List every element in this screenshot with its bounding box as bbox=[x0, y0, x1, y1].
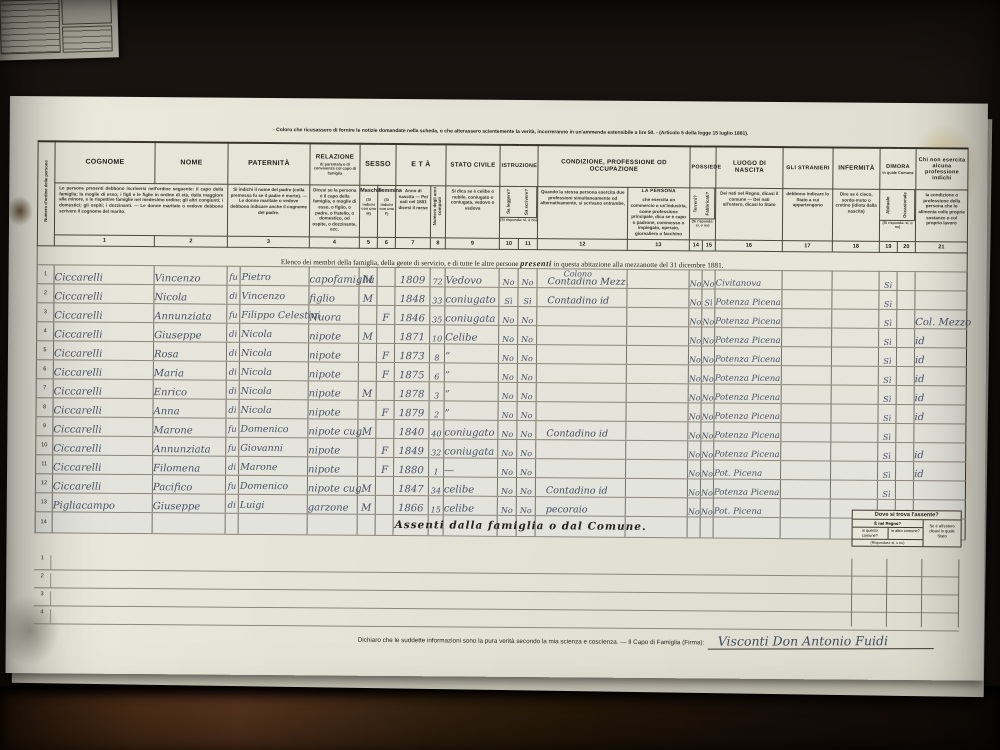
cell-inf bbox=[831, 442, 878, 461]
cell-inf bbox=[831, 347, 878, 366]
cell-occas bbox=[897, 271, 915, 290]
cell-f: F bbox=[376, 400, 394, 419]
cell-legge: No bbox=[498, 344, 517, 363]
cell-terr: No bbox=[688, 459, 701, 478]
cell-nome: Marone bbox=[153, 417, 226, 437]
cell-occ: Contadino id bbox=[536, 420, 626, 440]
col-nome: NOME bbox=[155, 142, 228, 184]
photo-of-census-sheet: · Coloro che ricusassero di fornire le n… bbox=[0, 0, 1000, 750]
cell-abit: Sì bbox=[877, 480, 895, 499]
cell-legge: No bbox=[498, 401, 517, 420]
cell-legge: No bbox=[499, 268, 518, 287]
cell-pat: fuDomenico bbox=[225, 475, 307, 495]
cell-fabb: No bbox=[701, 384, 714, 403]
cell-stran bbox=[782, 289, 832, 308]
cell-legge: No bbox=[499, 325, 518, 344]
desc-possiede: Terreni?Fabbricati?(Si risponda: sì, o n… bbox=[689, 188, 715, 240]
cell-scrive: No bbox=[517, 382, 536, 401]
census-sheet: · Coloro che ricusassero di fornire le n… bbox=[5, 96, 988, 681]
cell-anno: 1849 bbox=[394, 438, 429, 457]
cell-cognome: Ciccarelli bbox=[54, 321, 154, 341]
census-table-body: Elenco dei membri della famiglia, della … bbox=[35, 245, 967, 539]
cell-nome: Annunziata bbox=[154, 303, 227, 323]
cell-stato: Celibe bbox=[445, 325, 499, 344]
cell-pat: fuFilippo Celestini bbox=[227, 304, 309, 324]
col-luogo-nascita: LUOGO DI NASCITA bbox=[716, 147, 783, 189]
cell-persona bbox=[627, 288, 689, 307]
cell-nome: Giuseppe bbox=[154, 322, 227, 342]
declaration-text: Dichiaro che le suddette informazioni so… bbox=[358, 637, 705, 647]
cell-rel: nipote bbox=[308, 399, 358, 418]
cell-rel: nipote cug. bbox=[308, 418, 358, 437]
cell-stran bbox=[782, 327, 832, 346]
cell-cognome: Ciccarelli bbox=[52, 473, 152, 493]
corner-document-fragment bbox=[0, 0, 119, 61]
cell-cognome: Ciccarelli bbox=[53, 435, 153, 455]
absent-box-extension-line bbox=[958, 559, 960, 627]
cell-rel: capofamiglia bbox=[309, 266, 359, 285]
cell-pat: diNicola bbox=[227, 323, 309, 343]
cell-luogo: Potenza Picena bbox=[713, 479, 780, 499]
cell-cognome: Pigliacampo bbox=[52, 492, 152, 512]
numero-label: Numero d'ordine delle persone bbox=[44, 160, 49, 222]
col-eta: E T À bbox=[396, 144, 446, 186]
cell-num: 5 bbox=[36, 340, 53, 359]
cell-cognome: Ciccarelli bbox=[53, 378, 153, 398]
cell-luogo: Potenza Picena bbox=[714, 365, 781, 385]
cell-stran bbox=[781, 441, 831, 460]
cell-anni: 8 bbox=[429, 343, 444, 362]
desc-relazione: Dicesi se la persona è il capo della fam… bbox=[309, 185, 359, 237]
cell-occ: Contadino id bbox=[535, 477, 625, 497]
cell-fabb: No bbox=[701, 346, 714, 365]
cell-num: 3 bbox=[37, 302, 54, 321]
cell-stran bbox=[782, 308, 832, 327]
cell-anno: 1847 bbox=[393, 476, 428, 495]
cell-num: 11 bbox=[36, 454, 53, 473]
cell-stato: — bbox=[444, 458, 498, 477]
col-numero: Numero d'ordine delle persone bbox=[37, 141, 55, 245]
cell-fabb: No bbox=[701, 441, 714, 460]
cell-terr: No bbox=[688, 383, 701, 402]
cell-cognome: Ciccarelli bbox=[53, 359, 153, 379]
caption-presenti: presenti bbox=[520, 259, 552, 268]
cell-chi bbox=[914, 423, 966, 442]
cell-occ: ColonoContadino Mezz. bbox=[537, 268, 627, 288]
col-istruzione: ISTRUZIONE bbox=[500, 145, 538, 187]
cell-f: F bbox=[376, 438, 394, 457]
cell-rel: nipote bbox=[308, 380, 358, 399]
cell-rel: Nuora bbox=[309, 304, 359, 323]
cell-f: F bbox=[377, 305, 395, 324]
cell-persona bbox=[627, 307, 689, 326]
cell-stato: coniugata bbox=[445, 306, 499, 325]
cell-persona bbox=[626, 345, 688, 364]
cell-chi: id bbox=[914, 461, 966, 480]
cell-f bbox=[376, 419, 394, 438]
cell-anno: 1871 bbox=[395, 324, 430, 343]
cell-occas bbox=[896, 461, 914, 480]
cell-stato: ” bbox=[444, 401, 498, 420]
fragment-box bbox=[0, 0, 61, 55]
cell-chi: id bbox=[914, 385, 966, 404]
cell-anno: 1866 bbox=[393, 495, 428, 514]
cell-occas bbox=[897, 290, 915, 309]
cell-inf bbox=[832, 290, 879, 309]
col-condizione: CONDIZIONE, PROFESSIONE OD OCCUPAZIONE bbox=[538, 145, 690, 188]
cell-m: M bbox=[358, 419, 376, 438]
cell-stran bbox=[781, 460, 831, 479]
cell-legge: No bbox=[498, 382, 517, 401]
cell-occas bbox=[896, 404, 914, 423]
col-cognome: COGNOME bbox=[55, 141, 155, 183]
col-stranieri: GLI STRANIERI bbox=[783, 147, 833, 189]
cell-m bbox=[358, 438, 376, 457]
cell-num: 4 bbox=[37, 321, 54, 340]
cell-scrive: No bbox=[518, 325, 537, 344]
cell-chi bbox=[915, 271, 967, 290]
absent-altro-comune: in altro comune? bbox=[887, 528, 923, 540]
cell-anno: 1840 bbox=[394, 419, 429, 438]
cell-m bbox=[358, 362, 376, 381]
cell-persona bbox=[627, 326, 689, 345]
cell-pat: fuDomenico bbox=[226, 418, 308, 438]
cell-anno: 1880 bbox=[394, 457, 429, 476]
cell-occas bbox=[897, 328, 915, 347]
cell-scrive: Sì bbox=[518, 287, 537, 306]
cell-anni: 35 bbox=[430, 305, 445, 324]
cell-pat: diLuigi bbox=[225, 494, 307, 514]
cell-anni: 15 bbox=[428, 495, 443, 514]
cell-terr: No bbox=[688, 402, 701, 421]
cell-cognome: Ciccarelli bbox=[54, 283, 154, 303]
cell-f: F bbox=[376, 343, 394, 362]
cell-abit: Sì bbox=[878, 442, 896, 461]
cell-occas bbox=[895, 480, 913, 499]
cell-anni: 1 bbox=[429, 457, 444, 476]
cell-rel: nipote bbox=[308, 361, 358, 380]
cell-stato: ” bbox=[444, 344, 498, 363]
desc-dimora: AbitualeOccasionale(Si risponda: sì, o n… bbox=[879, 189, 915, 241]
cell-chi: Col. Mezzo bbox=[915, 309, 967, 328]
cell-persona bbox=[626, 364, 688, 383]
desc-maschio: Maschio(Si indichi con una M) bbox=[359, 185, 377, 237]
cell-scrive: No bbox=[517, 420, 536, 439]
desc-infermita: Dire se è cieco, sordo-muto o cretino (i… bbox=[832, 189, 879, 241]
cell-pat: diVincenzo bbox=[227, 285, 309, 305]
cell-occ bbox=[537, 306, 627, 326]
cell-nome: Nicola bbox=[154, 284, 227, 304]
cell-luogo: Potenza Picena bbox=[714, 384, 781, 404]
head-of-family-signature: Visconti Don Antonio Fuidi bbox=[707, 633, 933, 650]
cell-persona bbox=[626, 440, 688, 459]
cell-luogo: Potenza Picena bbox=[715, 308, 782, 328]
cell-terr: No bbox=[689, 326, 702, 345]
cell-nome: Vincenzo bbox=[154, 265, 227, 285]
cell-abit: Sì bbox=[878, 347, 896, 366]
cell-rel: garzone bbox=[307, 494, 357, 513]
cell-abit: Sì bbox=[878, 461, 896, 480]
fragment-box bbox=[62, 25, 113, 52]
cell-abit: Sì bbox=[878, 366, 896, 385]
absent-questo-comune: in questo comune? bbox=[853, 528, 888, 540]
cell-anno: 1846 bbox=[395, 305, 430, 324]
cell-luogo: Pot. Picena bbox=[713, 498, 780, 518]
cell-terr: No bbox=[687, 478, 700, 497]
cell-anni: 72 bbox=[430, 267, 445, 286]
cell-legge: No bbox=[497, 477, 516, 496]
cell-pat: diNicola bbox=[226, 361, 308, 381]
cell-anni: 3 bbox=[429, 381, 444, 400]
caption-post: in questa abitazione alla mezzanotte del… bbox=[552, 260, 724, 269]
cell-persona bbox=[626, 459, 688, 478]
cell-rel: nipote cug. bbox=[307, 475, 357, 494]
desc-istruzione: Sa leggere?Sa scrivere?(Si risponda: sì,… bbox=[499, 186, 537, 238]
cell-luogo: Potenza Picena bbox=[714, 403, 781, 423]
cell-chi: id bbox=[914, 366, 966, 385]
cell-fabb: No bbox=[701, 422, 714, 441]
cell-pat: fuGiovanni bbox=[226, 437, 308, 457]
cell-stran bbox=[780, 498, 830, 517]
col-chi-non-esercita: Chi non esercita alcuna professione indi… bbox=[916, 148, 968, 190]
cell-anno: 1875 bbox=[394, 362, 429, 381]
cell-luogo: Potenza Picena bbox=[715, 327, 782, 347]
cell-occ bbox=[536, 458, 626, 478]
cell-pat: fuPietro bbox=[227, 266, 309, 286]
cell-num: 7 bbox=[36, 378, 53, 397]
cell-m: M bbox=[358, 381, 376, 400]
cell-cognome: Ciccarelli bbox=[53, 454, 153, 474]
cell-nome: Filomena bbox=[153, 455, 226, 475]
absent-estero: Se è all'estero dicasi in quale Stato bbox=[923, 520, 960, 547]
wooden-table-surface bbox=[0, 686, 1000, 750]
cell-persona bbox=[626, 402, 688, 421]
cell-terr: No bbox=[689, 288, 702, 307]
cell-scrive: No bbox=[516, 477, 535, 496]
cell-luogo: Potenza Picena bbox=[714, 422, 781, 442]
cell-stran bbox=[781, 346, 831, 365]
cell-anno: 1809 bbox=[395, 267, 430, 286]
assenti-blank-rows: 1 2 3 4 bbox=[34, 552, 960, 631]
fragment-box bbox=[61, 0, 112, 25]
cell-inf bbox=[831, 366, 878, 385]
cell-occas bbox=[896, 366, 914, 385]
cell-f bbox=[376, 381, 394, 400]
absent-location-box: Dove si trova l'assente? È nel Regno? in… bbox=[851, 510, 961, 548]
cell-terr: No bbox=[689, 307, 702, 326]
cell-chi: id bbox=[914, 404, 966, 423]
cell-anni: 40 bbox=[429, 419, 444, 438]
cell-scrive: No bbox=[516, 496, 535, 515]
col-dimora: DIMORAin quale Comune bbox=[880, 148, 916, 190]
cell-terr: No bbox=[688, 364, 701, 383]
cell-scrive: No bbox=[517, 458, 536, 477]
cell-stato: coniugato bbox=[444, 420, 498, 439]
desc-chi-non-esercita: la condizione o professione della person… bbox=[915, 190, 967, 242]
cell-cognome: Ciccarelli bbox=[54, 264, 154, 284]
cell-chi bbox=[913, 480, 965, 499]
cell-anni: 32 bbox=[429, 438, 444, 457]
cell-rel: nipote bbox=[308, 456, 358, 475]
cell-legge: No bbox=[498, 420, 517, 439]
cell-inf bbox=[832, 271, 879, 290]
cell-inf bbox=[831, 461, 878, 480]
cell-occ: Contadino id bbox=[537, 287, 627, 307]
cell-cognome: Ciccarelli bbox=[53, 340, 153, 360]
desc-anni-compiuti: Numero degli anni compiuti bbox=[430, 186, 445, 238]
cell-f bbox=[377, 286, 395, 305]
cell-pat: diNicola bbox=[226, 380, 308, 400]
cell-fabb: No bbox=[702, 308, 715, 327]
desc-paternita: Si indichi il nome del padre (colla prem… bbox=[227, 184, 309, 236]
cell-fabb: No bbox=[701, 460, 714, 479]
cell-inf bbox=[830, 480, 877, 499]
cell-stran bbox=[782, 270, 832, 289]
cell-rel: figlio bbox=[309, 285, 359, 304]
cell-luogo: Civitanova bbox=[715, 270, 782, 290]
cell-num: 1 bbox=[37, 264, 54, 283]
cell-stato: celibe bbox=[443, 496, 497, 515]
cell-abit: Sì bbox=[878, 385, 896, 404]
cell-num: 2 bbox=[37, 283, 54, 302]
cell-abit: Sì bbox=[879, 328, 897, 347]
cell-m bbox=[358, 457, 376, 476]
cell-m: M bbox=[357, 495, 375, 514]
cell-occ: pecoraio bbox=[535, 496, 625, 516]
cell-terr: No bbox=[689, 269, 702, 288]
cell-stato: ” bbox=[444, 363, 498, 382]
cell-num: 10 bbox=[36, 435, 53, 454]
cell-occas bbox=[896, 442, 914, 461]
cell-nome: Annunziata bbox=[153, 436, 226, 456]
cell-nome: Enrico bbox=[153, 379, 226, 399]
cell-luogo: Pot. Picena bbox=[714, 460, 781, 480]
cell-legge: No bbox=[498, 439, 517, 458]
cell-scrive: No bbox=[518, 268, 537, 287]
cell-occas bbox=[897, 309, 915, 328]
cell-stran bbox=[781, 422, 831, 441]
cell-abit: Sì bbox=[879, 271, 897, 290]
cell-luogo: Potenza Picena bbox=[714, 441, 781, 461]
cell-f bbox=[375, 476, 393, 495]
cell-cognome: Ciccarelli bbox=[53, 397, 153, 417]
cell-inf bbox=[832, 309, 879, 328]
declaration-line: Dichiaro che le suddette informazioni so… bbox=[358, 630, 934, 651]
cell-anno: 1879 bbox=[394, 400, 429, 419]
cell-m: M bbox=[359, 286, 377, 305]
cell-pat: diNicola bbox=[226, 399, 308, 419]
col-possiede: POSSIEDE bbox=[690, 146, 716, 188]
cell-occas bbox=[896, 385, 914, 404]
cell-persona bbox=[627, 269, 689, 288]
cell-nome: Pacifico bbox=[152, 474, 225, 494]
cell-m bbox=[358, 343, 376, 362]
cell-rel: nipote bbox=[308, 437, 358, 456]
cell-stato: coniugato bbox=[445, 287, 499, 306]
census-table: Numero d'ordine delle persone COGNOME NO… bbox=[35, 140, 969, 540]
cell-occ bbox=[537, 325, 627, 345]
cell-anno: 1848 bbox=[395, 286, 430, 305]
cell-terr: No bbox=[687, 497, 700, 516]
cell-f: F bbox=[376, 457, 394, 476]
cell-inf bbox=[831, 404, 878, 423]
cell-occ bbox=[536, 382, 626, 402]
cell-m: M bbox=[359, 324, 377, 343]
cell-terr: No bbox=[688, 421, 701, 440]
cell-cognome: Ciccarelli bbox=[54, 302, 154, 322]
desc-luogo: Dei nati nel Regno, dicasi il comune — D… bbox=[715, 188, 782, 240]
cell-inf bbox=[831, 423, 878, 442]
cell-chi: id bbox=[915, 328, 967, 347]
cell-pat: diNicola bbox=[226, 342, 308, 362]
cell-terr: No bbox=[688, 440, 701, 459]
cell-chi: id bbox=[914, 442, 966, 461]
cell-m bbox=[358, 400, 376, 419]
cell-legge: Sì bbox=[499, 287, 518, 306]
cell-scrive: No bbox=[517, 344, 536, 363]
cell-cognome: Ciccarelli bbox=[53, 416, 153, 436]
cell-anni: 2 bbox=[429, 400, 444, 419]
cell-num: 6 bbox=[36, 359, 53, 378]
cell-scrive: No bbox=[517, 363, 536, 382]
cell-chi bbox=[915, 290, 967, 309]
cell-fabb: No bbox=[701, 403, 714, 422]
cell-fabb: No bbox=[700, 498, 713, 517]
cell-persona bbox=[626, 421, 688, 440]
cell-anno: 1873 bbox=[394, 343, 429, 362]
cell-scrive: No bbox=[517, 439, 536, 458]
cell-stato: Vedovo bbox=[445, 268, 499, 287]
cell-fabb: Sì bbox=[702, 289, 715, 308]
cell-f bbox=[375, 495, 393, 514]
cell-stato: coniugata bbox=[444, 439, 498, 458]
cell-legge: No bbox=[499, 306, 518, 325]
cell-abit: Sì bbox=[879, 290, 897, 309]
cell-abit: Sì bbox=[878, 423, 896, 442]
cell-terr: No bbox=[688, 345, 701, 364]
cell-occ bbox=[536, 401, 626, 421]
cell-stran bbox=[781, 365, 831, 384]
cell-abit: Sì bbox=[878, 404, 896, 423]
cell-num: 12 bbox=[35, 473, 52, 492]
desc-femmina: Femmina(Si indichi con una F) bbox=[377, 185, 395, 237]
desc-stranieri: debbono indicare lo Stato a cui apparten… bbox=[782, 189, 832, 241]
cell-pat: diMarone bbox=[226, 456, 308, 476]
cell-rel: nipote bbox=[308, 342, 358, 361]
desc-condizione: Quando la stessa persona esercita due pr… bbox=[537, 187, 627, 239]
cell-occ bbox=[536, 344, 626, 364]
cell-anno: 1878 bbox=[394, 381, 429, 400]
cell-f bbox=[377, 324, 395, 343]
cell-nome: Giuseppe bbox=[152, 493, 225, 513]
cell-occas bbox=[896, 423, 914, 442]
desc-la-persona: LA PERSONAche esercita un commercio o un… bbox=[627, 187, 689, 239]
cell-stran bbox=[781, 384, 831, 403]
cell-nome: Maria bbox=[153, 360, 226, 380]
cell-fabb: No bbox=[702, 270, 715, 289]
cell-persona bbox=[625, 497, 687, 516]
col-relazione: RELAZIONEdi parentela o di convivenza co… bbox=[310, 143, 360, 185]
cell-luogo: Potenza Picena bbox=[715, 289, 782, 309]
cell-occ bbox=[536, 363, 626, 383]
cell-legge: No bbox=[497, 496, 516, 515]
legal-fine-print: · Coloro che ricusassero di fornire le n… bbox=[138, 126, 884, 138]
cell-stato: celibe bbox=[443, 477, 497, 496]
cell-scrive: No bbox=[517, 401, 536, 420]
table-header: Numero d'ordine delle persone COGNOME NO… bbox=[37, 141, 968, 252]
cell-anni: 34 bbox=[428, 476, 443, 495]
cell-scrive: No bbox=[518, 306, 537, 325]
